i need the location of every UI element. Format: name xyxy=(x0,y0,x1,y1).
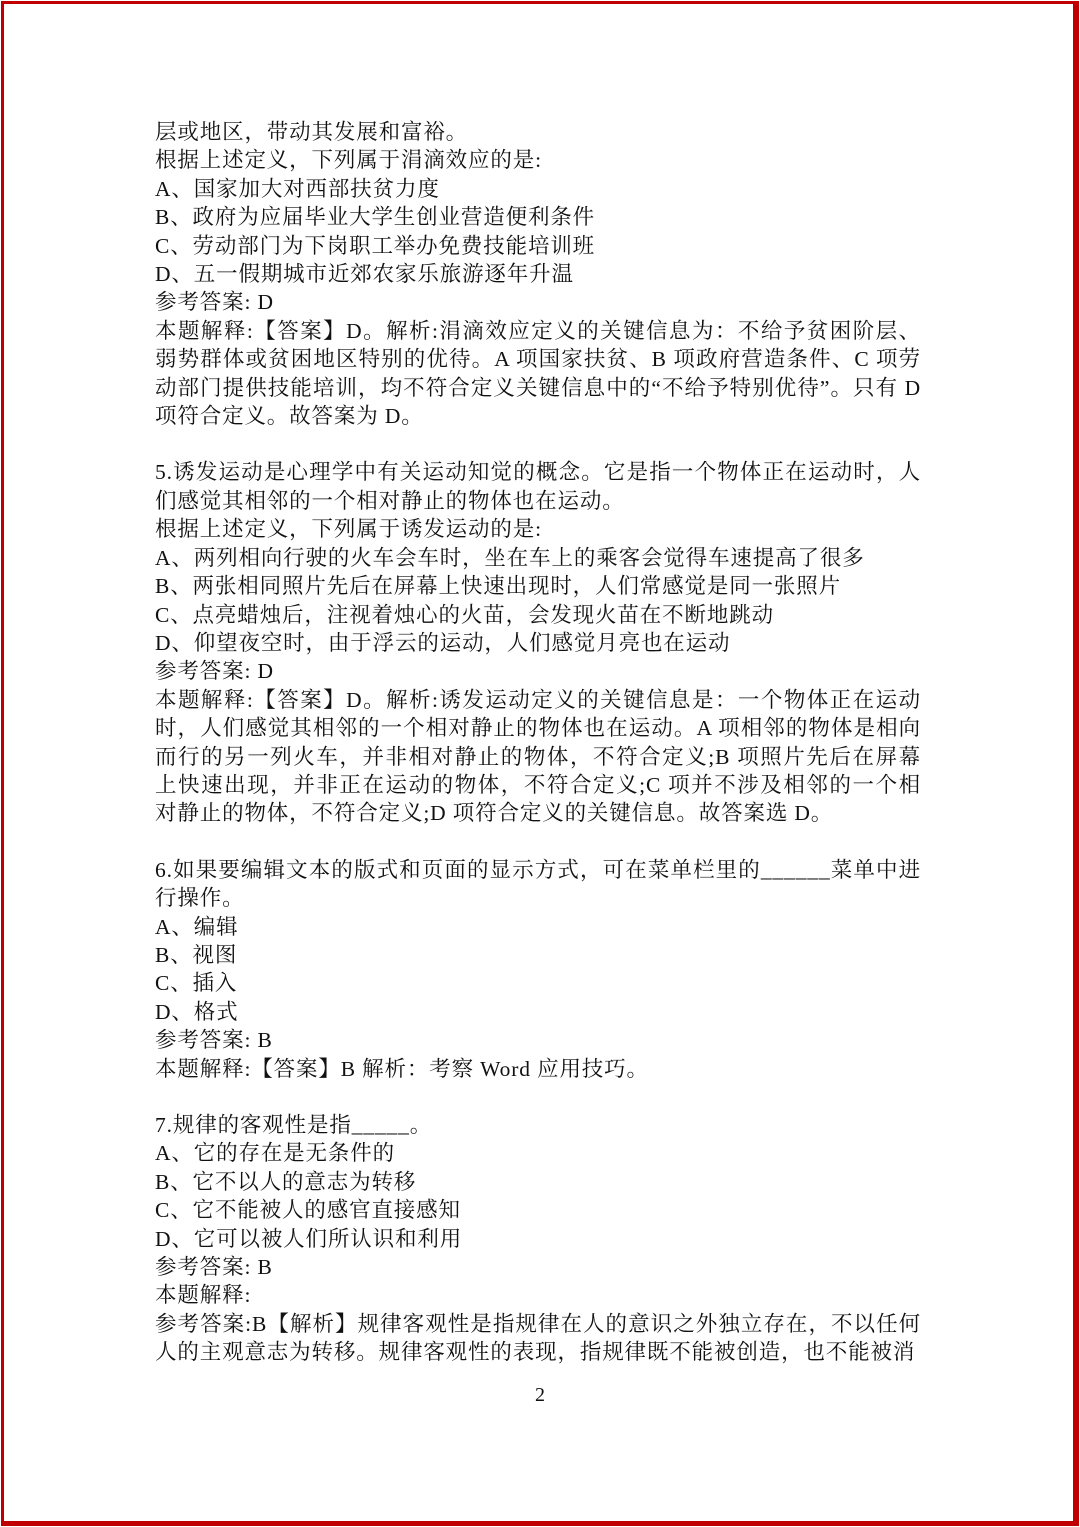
option-b: B、政府为应届毕业大学生创业营造便利条件 xyxy=(155,203,921,231)
question-stem: 7.规律的客观性是指_____。 xyxy=(155,1111,921,1139)
option-c: C、点亮蜡烛后，注视着烛心的火苗，会发现火苗在不断地跳动 xyxy=(155,601,921,629)
question-block-5: 5.诱发运动是心理学中有关运动知觉的概念。它是指一个物体正在运动时，人们感觉其相… xyxy=(155,458,921,827)
question-block-7: 7.规律的客观性是指_____。 A、它的存在是无条件的 B、它不以人的意志为转… xyxy=(155,1111,921,1367)
option-a: A、它的存在是无条件的 xyxy=(155,1139,921,1167)
page-content: 层或地区，带动其发展和富裕。 根据上述定义，下列属于涓滴效应的是: A、国家加大… xyxy=(155,118,921,1395)
option-b: B、两张相同照片先后在屏幕上快速出现时，人们常感觉是同一张照片 xyxy=(155,572,921,600)
option-d: D、五一假期城市近郊农家乐旅游逐年升温 xyxy=(155,260,921,288)
explanation: 本题解释:【答案】D。解析:涓滴效应定义的关键信息为：不给予贫困阶层、弱势群体或… xyxy=(155,317,921,431)
option-d: D、格式 xyxy=(155,998,921,1026)
question-stem: 6.如果要编辑文本的版式和页面的显示方式，可在菜单栏里的______菜单中进行操… xyxy=(155,856,921,913)
question-block-4-continued: 层或地区，带动其发展和富裕。 根据上述定义，下列属于涓滴效应的是: A、国家加大… xyxy=(155,118,921,430)
explanation-label: 本题解释: xyxy=(155,1281,921,1309)
answer-line: 参考答案: B xyxy=(155,1026,921,1054)
answer-line: 参考答案: B xyxy=(155,1253,921,1281)
explanation: 本题解释:【答案】D。解析:诱发运动定义的关键信息是：一个物体正在运动时，人们感… xyxy=(155,686,921,828)
question-stem: 5.诱发运动是心理学中有关运动知觉的概念。它是指一个物体正在运动时，人们感觉其相… xyxy=(155,458,921,515)
exam-document-page: 层或地区，带动其发展和富裕。 根据上述定义，下列属于涓滴效应的是: A、国家加大… xyxy=(0,0,1080,1527)
page-number: 2 xyxy=(0,1384,1080,1407)
question-text-line: 层或地区，带动其发展和富裕。 xyxy=(155,118,921,146)
option-a: A、国家加大对西部扶贫力度 xyxy=(155,175,921,203)
option-a: A、编辑 xyxy=(155,913,921,941)
explanation: 本题解释:【答案】B 解析：考察 Word 应用技巧。 xyxy=(155,1055,921,1083)
option-a: A、两列相向行驶的火车会车时，坐在车上的乘客会觉得车速提高了很多 xyxy=(155,544,921,572)
option-b: B、视图 xyxy=(155,941,921,969)
option-d: D、仰望夜空时，由于浮云的运动，人们感觉月亮也在运动 xyxy=(155,629,921,657)
question-lead: 根据上述定义，下列属于涓滴效应的是: xyxy=(155,146,921,174)
answer-line: 参考答案: D xyxy=(155,288,921,316)
option-b: B、它不以人的意志为转移 xyxy=(155,1168,921,1196)
option-c: C、插入 xyxy=(155,969,921,997)
option-c: C、劳动部门为下岗职工举办免费技能培训班 xyxy=(155,232,921,260)
option-c: C、它不能被人的感官直接感知 xyxy=(155,1196,921,1224)
question-lead: 根据上述定义，下列属于诱发运动的是: xyxy=(155,515,921,543)
answer-line: 参考答案: D xyxy=(155,657,921,685)
explanation: 参考答案:B【解析】规律客观性是指规律在人的意识之外独立存在，不以任何人的主观意… xyxy=(155,1310,921,1367)
question-block-6: 6.如果要编辑文本的版式和页面的显示方式，可在菜单栏里的______菜单中进行操… xyxy=(155,856,921,1083)
option-d: D、它可以被人们所认识和利用 xyxy=(155,1225,921,1253)
